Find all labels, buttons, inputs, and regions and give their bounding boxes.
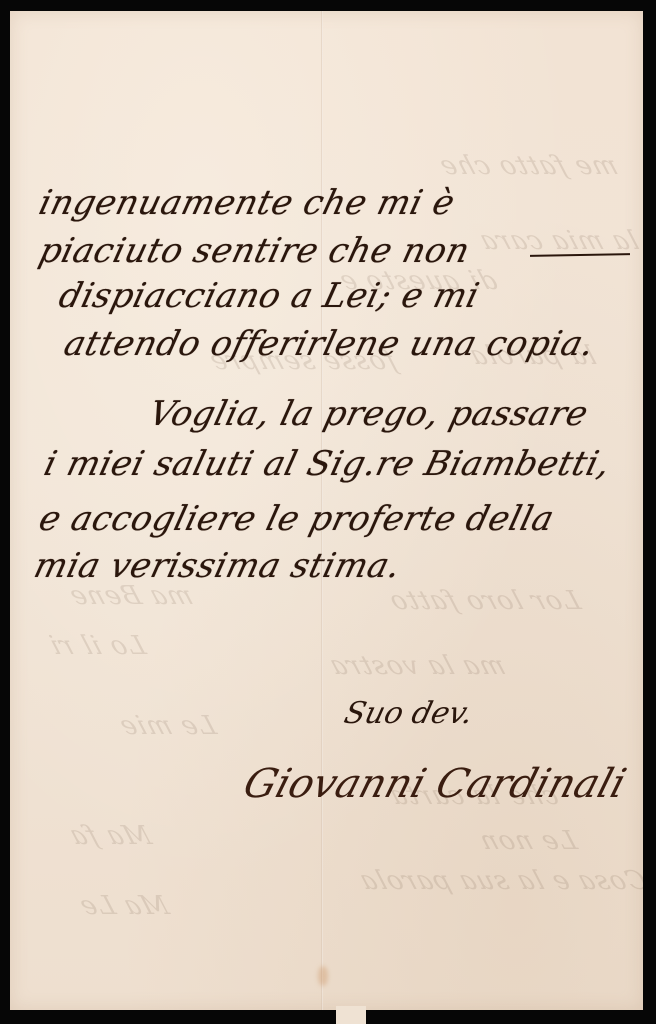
bleed-through-text: Le non [475,826,581,856]
letter-line: ingenuamente che mi è [35,183,459,223]
bleed-through-text: me fatto che [435,151,622,181]
bleed-through-text: Le mie [115,711,220,741]
bleed-through-text: Ma fa [65,821,155,851]
line-flourish [530,253,630,257]
letter-line: dispiacciano a Lei; e mi [55,276,483,316]
bleed-through-text: Ma Le [75,891,173,921]
bleed-through-text: Lor loro fatto [385,586,584,616]
scan-background: me fatto che la mia cara di questo e fos… [0,0,656,1024]
letter-line: attendo offerirlene una copia. [60,324,599,364]
bleed-through-text: la mia cara [475,226,643,256]
letter-line: i miei saluti al Sig.re Biambetti, [40,444,615,484]
letter-closing: Suo dev. [341,696,477,731]
bleed-through-text: ma la vostra [325,651,509,681]
letter-line: mia verissima stima. [30,546,405,586]
paper-stain [318,966,328,986]
letter-line: e accogliere le proferte della [35,499,558,539]
bleed-through-text: Cosa e la sua parola [355,866,643,896]
letter-line: piaciuto sentire che non [35,231,474,271]
letter-signature: Giovanni Cardinali [238,761,631,807]
letter-page: me fatto che la mia cara di questo e fos… [10,11,643,1010]
bleed-through-text: Lo il ri [45,631,150,661]
letter-line: Voglia, la prego, passare [145,394,592,434]
paper-tab [336,1006,366,1024]
